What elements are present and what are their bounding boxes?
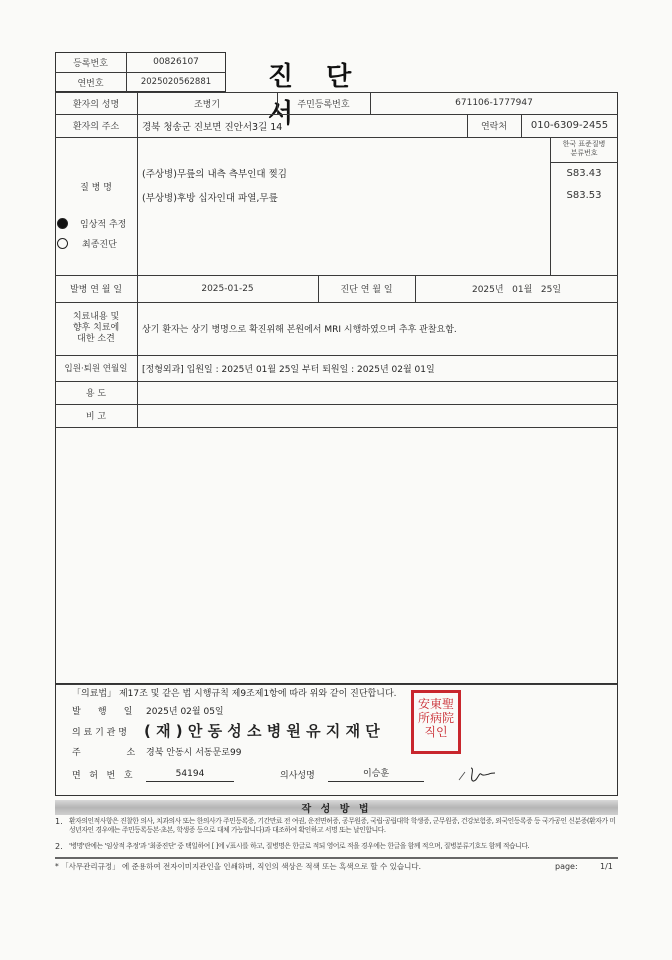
radio-label: 임상적 추정 <box>80 217 126 230</box>
signature-icon <box>455 762 499 784</box>
diagnosis-secondary: (부상병)후방 십자인대 파열,무릎 <box>142 190 542 204</box>
remarks-value <box>142 404 612 427</box>
medical-certificate: 등록번호 00826107 연번호 2025020562881 진 단 서 환자… <box>0 0 672 960</box>
official-seal: 安東聖 所病院 직인 <box>411 690 461 754</box>
serial-no-label: 연번호 <box>55 72 126 92</box>
admission-label: 입원·퇴원 연월일 <box>55 355 137 381</box>
institution-label: 의 료 기 관 명 <box>72 722 152 740</box>
page-number: 1/1 <box>600 862 620 874</box>
instructions-header-bar: 작 성 방 법 <box>55 800 618 815</box>
remarks-label: 비 고 <box>55 404 137 427</box>
treatment-opinion: 상기 환자는 상기 병명으로 확진위해 본원에서 MRI 시행하였으며 추후 관… <box>142 302 612 355</box>
license-no: 54194 <box>146 766 234 782</box>
patient-name-label: 환자의 성명 <box>55 92 137 114</box>
instruction-item: '병명'란에는 '임상적 추정'과 '최종진단' 중 택일하여 [ ]에 √표시… <box>69 842 618 854</box>
radio-unselected-icon <box>57 238 68 249</box>
kcd-header: 한국 표준질병 분류번호 <box>550 138 618 162</box>
kcd-code-secondary: S83.53 <box>550 188 618 202</box>
page-title: 진 단 서 <box>268 56 388 88</box>
instruction-num: 2. <box>55 842 69 854</box>
registration-no-label: 등록번호 <box>55 52 126 72</box>
instruction-num: 1. <box>55 817 69 829</box>
resident-no-label: 주민등록번호 <box>277 92 370 114</box>
onset-date: 2025-01-25 <box>137 275 318 302</box>
patient-name: 조병기 <box>137 92 277 114</box>
instructions-header: 작 성 방 법 <box>301 800 371 815</box>
diagnosis-date-label: 진단 연 월 일 <box>318 275 415 302</box>
issue-date: 2025년 02월 05일 <box>146 702 306 718</box>
contact-label: 연락처 <box>467 114 521 137</box>
disease-label: 질 병 명 <box>55 178 137 194</box>
radio-label: 최종진단 <box>82 237 117 250</box>
footnote: * 「사무관리규정」 에 준용하여 전자이미지관인을 인쇄하며, 직인의 색상은… <box>55 862 525 874</box>
institution-name: ( 재 ) 안 동 성 소 병 원 유 지 재 단 <box>144 720 444 740</box>
admission-period: [정형외과] 입원일 : 2025년 01월 25일 부터 퇴원일 : 2025… <box>142 355 612 381</box>
doctor-name: 이승훈 <box>328 766 424 782</box>
onset-date-label: 발병 연 월 일 <box>55 275 137 302</box>
radio-clinical-estimate[interactable]: 임상적 추정 <box>57 216 137 230</box>
kcd-code-primary: S83.43 <box>550 166 618 180</box>
instruction-item: 환자의인적사항은 진찰한 의사, 치과의사 또는 한의사가 주민등록증, 기간만… <box>69 817 618 837</box>
issue-date-label: 발 행 일 <box>72 702 152 718</box>
purpose-value <box>142 381 612 404</box>
license-label: 면 허 번 호 <box>72 766 152 782</box>
diagnosis-date: 2025년 01월 25일 <box>415 275 618 302</box>
patient-address: 경북 청송군 진보면 진안서3길 14 <box>142 114 462 137</box>
serial-no: 2025020562881 <box>126 72 226 92</box>
resident-no: 671106-1777947 <box>370 92 618 114</box>
registration-no: 00826107 <box>126 52 226 72</box>
institution-address-label: 주 소 <box>72 743 152 759</box>
diagnosis-primary: (주상병)무릎의 내측 측부인대 찢김 <box>142 166 542 180</box>
institution-address: 경북 안동시 서동문로99 <box>146 743 346 759</box>
purpose-label: 용 도 <box>55 381 137 404</box>
address-label: 환자의 주소 <box>55 114 137 137</box>
treatment-label: 치료내용 및 향후 치료에 대한 소견 <box>55 302 137 355</box>
radio-selected-icon <box>57 218 68 229</box>
contact: 010-6309-2455 <box>521 114 618 137</box>
radio-final-diagnosis[interactable]: 최종진단 <box>57 236 137 250</box>
page-label: page: <box>555 862 585 874</box>
